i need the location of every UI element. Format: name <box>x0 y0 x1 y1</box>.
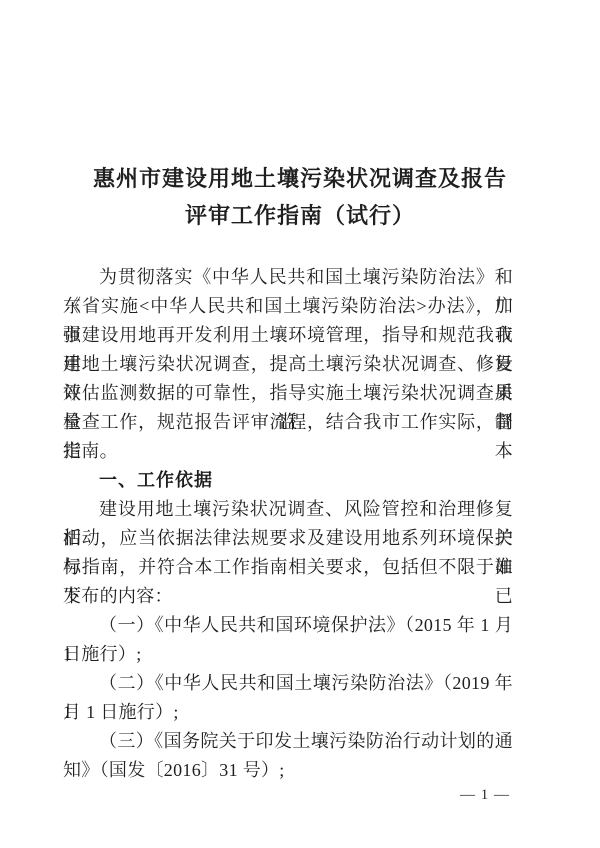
intro-line-1: 为贯彻落实《中华人民共和国土壤污染防治法》和《广 <box>63 263 513 292</box>
list-item-3-line-1: （三）《国务院关于印发土壤污染防治行动计划的通 <box>63 727 513 756</box>
document-title: 惠州市建设用地土壤污染状况调查及报告 评审工作指南（试行） <box>0 160 600 234</box>
document-page: 惠州市建设用地土壤污染状况调查及报告 评审工作指南（试行） 为贯彻落实《中华人民… <box>0 0 600 848</box>
section-line-1: 建设用地土壤污染状况调查、风险管控和治理修复相关 <box>63 495 513 524</box>
intro-line-6: 检查工作，规范报告评审流程，结合我市工作实际，制定本 <box>63 408 513 437</box>
list-item-2-line-2: 月 1 日施行）; <box>63 698 513 727</box>
list-item-1-line-2: 日施行）; <box>63 640 513 669</box>
intro-line-2: 东省实施<中华人民共和国土壤污染防治法>办法》，加强我 <box>63 292 513 321</box>
list-item-2-line-1: （二）《中华人民共和国土壤污染防治法》（2019 年 1 <box>63 669 513 698</box>
title-line-2: 评审工作指南（试行） <box>0 197 600 234</box>
section-heading: 一、工作依据 <box>63 466 513 495</box>
intro-line-3: 市建设用地再开发利用土壤环境管理，指导和规范我市建设 <box>63 321 513 350</box>
section-line-3: 与指南，并符合本工作指南相关要求，包括但不限于如下已 <box>63 553 513 582</box>
intro-line-5: 评估监测数据的可靠性，指导实施土壤污染状况调查质量监督 <box>63 379 513 408</box>
list-item-1-line-1: （一）《中华人民共和国环境保护法》（2015 年 1 月 1 <box>63 611 513 640</box>
list-item-3-line-2: 知》（国发〔2016〕31 号）; <box>63 756 513 785</box>
page-number: — 1 — <box>460 786 510 804</box>
section-line-2: 活动，应当依据法律法规要求及建设用地系列环境保护标准 <box>63 524 513 553</box>
intro-line-4: 用地土壤污染状况调查，提高土壤污染状况调查、修复效果 <box>63 350 513 379</box>
document-body: 为贯彻落实《中华人民共和国土壤污染防治法》和《广 东省实施<中华人民共和国土壤污… <box>63 263 513 785</box>
title-line-1: 惠州市建设用地土壤污染状况调查及报告 <box>0 160 600 197</box>
